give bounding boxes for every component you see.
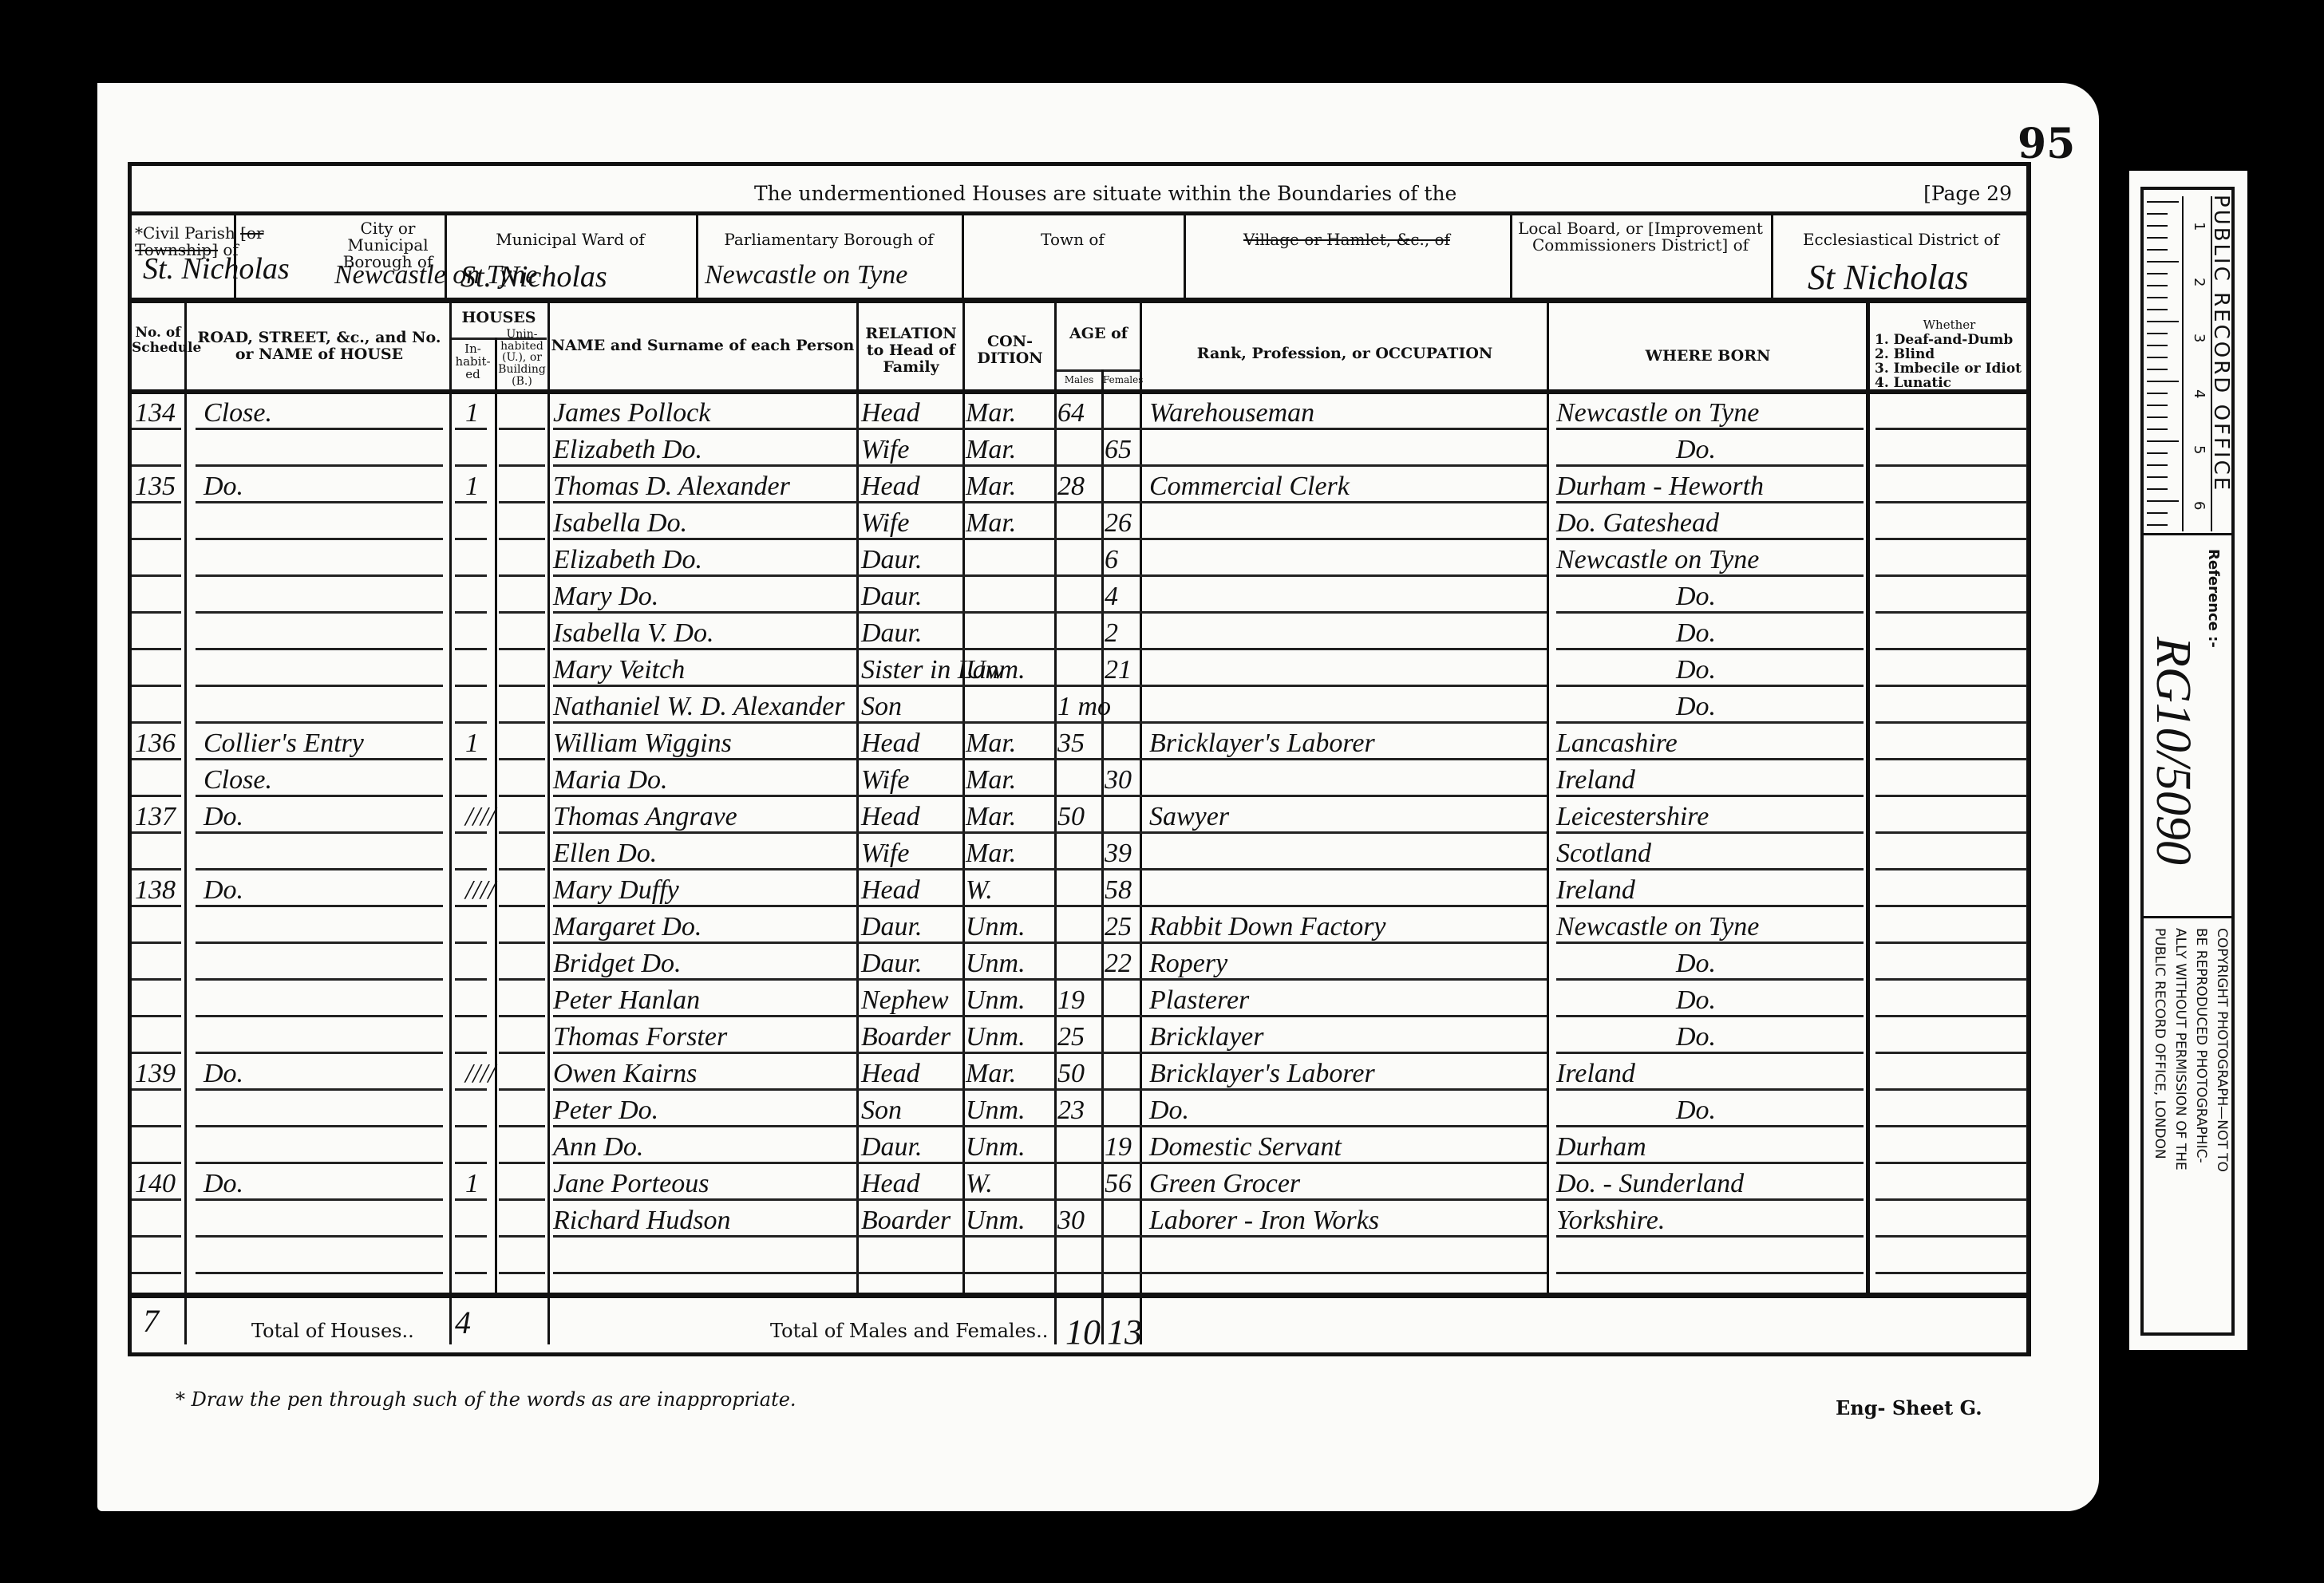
road-name — [204, 503, 443, 540]
condition — [966, 540, 1053, 577]
relation: Son — [861, 1091, 962, 1127]
female-age: 4 — [1105, 577, 1140, 614]
female-age: 25 — [1105, 907, 1140, 944]
reference-value: RG10/5090 — [2144, 637, 2201, 865]
male-age — [1057, 907, 1101, 944]
female-age — [1105, 1201, 1140, 1238]
condition: Mar. — [966, 760, 1053, 797]
person-name: Ann Do. — [553, 1127, 856, 1164]
occupation: Domestic Servant — [1149, 1127, 1547, 1164]
person-name: Mary Do. — [553, 577, 856, 614]
male-age — [1057, 1164, 1101, 1201]
whether-item: 2. Blind — [1875, 348, 2034, 362]
col-header-birthplace: WHERE BORN — [1548, 348, 1868, 365]
schedule-number: 135 — [135, 467, 183, 503]
relation: Head — [861, 393, 962, 430]
female-age — [1105, 981, 1140, 1017]
birthplace: Do. — [1556, 1017, 1866, 1054]
form-title: The undermentioned Houses are situate wi… — [754, 182, 1456, 205]
copyright-line: ALLY WITHOUT PERMISSION OF THE — [2172, 928, 2188, 1170]
condition: Unm. — [966, 981, 1053, 1017]
birthplace: Durham - Heworth — [1556, 467, 1866, 503]
census-form: The undermentioned Houses are situate wi… — [128, 162, 2031, 1356]
condition: Mar. — [966, 1054, 1053, 1091]
inhabited-mark: 1 — [465, 1164, 489, 1201]
occupation: Ropery — [1149, 944, 1547, 981]
location-label-parliamentary: Parliamentary Borough of — [696, 231, 962, 248]
occupation: Bricklayer — [1149, 1017, 1547, 1054]
person-name: Thomas Forster — [553, 1017, 856, 1054]
road-name: Do. — [204, 1164, 443, 1201]
birthplace: Do. — [1556, 614, 1866, 650]
road-name — [204, 944, 443, 981]
road-name — [204, 650, 443, 687]
condition — [966, 687, 1053, 724]
condition — [966, 577, 1053, 614]
occupation: Do. — [1149, 1091, 1547, 1127]
occupation: Warehouseman — [1149, 393, 1547, 430]
location-label-town: Town of — [962, 231, 1184, 248]
reference-label: Reference :- — [2205, 549, 2222, 648]
condition: Unm. — [966, 1201, 1053, 1238]
copyright-line: PUBLIC RECORD OFFICE, LONDON — [2152, 928, 2168, 1159]
col-header-whether: Whether — [1868, 319, 2031, 332]
birthplace: Scotland — [1556, 834, 1866, 870]
male-age — [1057, 650, 1101, 687]
person-name: Thomas Angrave — [553, 797, 856, 834]
birthplace: Do. — [1556, 1091, 1866, 1127]
schedule-number — [135, 760, 183, 797]
male-age — [1057, 834, 1101, 870]
person-name: Richard Hudson — [553, 1201, 856, 1238]
relation: Boarder — [861, 1017, 962, 1054]
schedule-number — [135, 834, 183, 870]
condition — [966, 614, 1053, 650]
road-name: Collier's Entry — [204, 724, 443, 760]
occupation — [1149, 430, 1547, 467]
occupation: Laborer - Iron Works — [1149, 1201, 1547, 1238]
inhabited-mark — [465, 1091, 489, 1127]
location-label-ward: Municipal Ward of — [445, 231, 696, 248]
female-age: 6 — [1105, 540, 1140, 577]
person-name: Elizabeth Do. — [553, 540, 856, 577]
condition: Mar. — [966, 797, 1053, 834]
male-age: 28 — [1057, 467, 1101, 503]
relation: Daur. — [861, 1127, 962, 1164]
female-age — [1105, 724, 1140, 760]
condition: Unm. — [966, 1017, 1053, 1054]
scale-ruler — [2182, 196, 2212, 531]
male-age: 23 — [1057, 1091, 1101, 1127]
col-header-condition: CON-DITION — [964, 334, 1056, 367]
birthplace: Yorkshire. — [1556, 1201, 1866, 1238]
condition: Mar. — [966, 393, 1053, 430]
birthplace: Do. — [1556, 687, 1866, 724]
relation: Wife — [861, 430, 962, 467]
road-name: Do. — [204, 1054, 443, 1091]
condition: Unm. — [966, 650, 1053, 687]
divider — [132, 211, 2026, 215]
schedule-number — [135, 430, 183, 467]
inhabited-mark: 1 — [465, 467, 489, 503]
scale-number: 3 — [2191, 334, 2207, 342]
total-females: 13 — [1107, 1315, 1142, 1350]
occupation — [1149, 760, 1547, 797]
condition: Unm. — [966, 1091, 1053, 1127]
male-age — [1057, 760, 1101, 797]
female-age: 21 — [1105, 650, 1140, 687]
female-age — [1105, 1238, 1140, 1274]
page-label: [Page 29 — [1923, 182, 2012, 205]
total-houses-value: 4 — [455, 1307, 471, 1339]
birthplace: Do. - Sunderland — [1556, 1164, 1866, 1201]
inhabited-mark: 1 — [465, 393, 489, 430]
road-name: Do. — [204, 467, 443, 503]
condition: W. — [966, 870, 1053, 907]
inhabited-mark — [465, 687, 489, 724]
schedule-number: 140 — [135, 1164, 183, 1201]
female-age — [1105, 1017, 1140, 1054]
person-name: Maria Do. — [553, 760, 856, 797]
scale-number: 5 — [2191, 445, 2207, 454]
occupation — [1149, 870, 1547, 907]
inhabited-mark — [465, 430, 489, 467]
road-name — [204, 540, 443, 577]
male-age: 35 — [1057, 724, 1101, 760]
schedule-number — [135, 944, 183, 981]
male-age — [1057, 503, 1101, 540]
occupation: Rabbit Down Factory — [1149, 907, 1547, 944]
copyright-line: COPYRIGHT PHOTOGRAPH—NOT TO — [2214, 928, 2230, 1172]
inhabited-mark — [465, 944, 489, 981]
person-name: James Pollock — [553, 393, 856, 430]
birthplace: Ireland — [1556, 760, 1866, 797]
male-age: 64 — [1057, 393, 1101, 430]
relation: Daur. — [861, 907, 962, 944]
public-record-office-slip: PUBLIC RECORD OFFICE 1 2 3 4 5 6 Referen… — [2129, 171, 2247, 1350]
person-name: Peter Hanlan — [553, 981, 856, 1017]
female-age — [1105, 687, 1140, 724]
female-age — [1105, 393, 1140, 430]
schedule-number — [135, 540, 183, 577]
road-name: Close. — [204, 393, 443, 430]
relation: Head — [861, 870, 962, 907]
location-value-civil-parish: St. Nicholas — [143, 254, 290, 284]
location-value-parliamentary: Newcastle on Tyne — [705, 262, 907, 289]
male-age — [1057, 614, 1101, 650]
inhabited-mark — [465, 981, 489, 1017]
col-header-road: ROAD, STREET, &c., and No. or NAME of HO… — [188, 330, 451, 363]
occupation: Sawyer — [1149, 797, 1547, 834]
female-age: 19 — [1105, 1127, 1140, 1164]
inhabited-mark — [465, 540, 489, 577]
person-name: Jane Porteous — [553, 1164, 856, 1201]
occupation: Bricklayer's Laborer — [1149, 724, 1547, 760]
male-age: 19 — [1057, 981, 1101, 1017]
schedule-number — [135, 981, 183, 1017]
relation — [861, 1238, 962, 1274]
occupation — [1149, 577, 1547, 614]
relation: Wife — [861, 760, 962, 797]
location-value-ward: St. Nicholas — [460, 262, 607, 292]
folio-number: 95 — [2018, 120, 2075, 168]
schedule-number: 139 — [135, 1054, 183, 1091]
condition — [966, 1238, 1053, 1274]
footnote: * Draw the pen through such of the words… — [176, 1388, 796, 1411]
female-age: 56 — [1105, 1164, 1140, 1201]
col-header-name: NAME and Surname of each Person — [549, 338, 856, 354]
road-name — [204, 981, 443, 1017]
relation: Head — [861, 724, 962, 760]
schedule-number — [135, 1201, 183, 1238]
schedule-number — [135, 1017, 183, 1054]
person-name: Peter Do. — [553, 1091, 856, 1127]
person-name: Bridget Do. — [553, 944, 856, 981]
road-name — [204, 687, 443, 724]
female-age: 65 — [1105, 430, 1140, 467]
birthplace: Ireland — [1556, 870, 1866, 907]
scale-number: 4 — [2191, 389, 2207, 398]
male-age — [1057, 540, 1101, 577]
relation: Head — [861, 1054, 962, 1091]
occupation: Bricklayer's Laborer — [1149, 1054, 1547, 1091]
whether-item: 3. Imbecile or Idiot — [1875, 362, 2034, 377]
female-age — [1105, 1054, 1140, 1091]
occupation: Plasterer — [1149, 981, 1547, 1017]
birthplace: Lancashire — [1556, 724, 1866, 760]
col-header-relation: RELATION to Head of Family — [858, 326, 964, 376]
condition: Mar. — [966, 467, 1053, 503]
inhabited-mark: 1 — [465, 724, 489, 760]
birthplace: Do. — [1556, 944, 1866, 981]
road-name — [204, 1091, 443, 1127]
female-age: 39 — [1105, 834, 1140, 870]
person-name: Mary Veitch — [553, 650, 856, 687]
occupation: Green Grocer — [1149, 1164, 1547, 1201]
inhabited-mark: //// — [465, 870, 489, 907]
inhabited-mark — [465, 650, 489, 687]
condition: Mar. — [966, 834, 1053, 870]
location-value-ecclesiastical: St Nicholas — [1808, 260, 1969, 295]
col-header-occupation: Rank, Profession, or OCCUPATION — [1141, 345, 1548, 362]
inhabited-mark — [465, 577, 489, 614]
occupation — [1149, 540, 1547, 577]
schedule-number — [135, 907, 183, 944]
birthplace: Do. — [1556, 577, 1866, 614]
total-houses-label: Total of Houses.. — [251, 1321, 414, 1341]
slip-office-title: PUBLIC RECORD OFFICE — [2209, 195, 2233, 492]
person-name: Thomas D. Alexander — [553, 467, 856, 503]
male-age — [1057, 870, 1101, 907]
female-age: 26 — [1105, 503, 1140, 540]
relation: Head — [861, 1164, 962, 1201]
condition: Mar. — [966, 430, 1053, 467]
inhabited-mark — [465, 907, 489, 944]
person-name: Ellen Do. — [553, 834, 856, 870]
condition: Mar. — [966, 503, 1053, 540]
road-name — [204, 1238, 443, 1274]
inhabited-mark: //// — [465, 797, 489, 834]
inhabited-mark — [465, 1127, 489, 1164]
birthplace: Newcastle on Tyne — [1556, 540, 1866, 577]
female-age: 30 — [1105, 760, 1140, 797]
total-males: 10 — [1065, 1315, 1101, 1350]
person-name: Nathaniel W. D. Alexander — [553, 687, 856, 724]
inhabited-mark — [465, 1201, 489, 1238]
road-name — [204, 907, 443, 944]
condition: Mar. — [966, 724, 1053, 760]
relation: Sister in Law — [861, 650, 962, 687]
occupation: Commercial Clerk — [1149, 467, 1547, 503]
col-header-houses: HOUSES — [451, 310, 547, 326]
relation: Nephew — [861, 981, 962, 1017]
road-name: Do. — [204, 870, 443, 907]
person-name: Isabella V. Do. — [553, 614, 856, 650]
location-label-village: Village or Hamlet, &c., of — [1184, 231, 1510, 248]
female-age: 2 — [1105, 614, 1140, 650]
birthplace: Do. — [1556, 430, 1866, 467]
condition: Unm. — [966, 944, 1053, 981]
relation: Wife — [861, 834, 962, 870]
road-name — [204, 430, 443, 467]
occupation — [1149, 503, 1547, 540]
birthplace: Newcastle on Tyne — [1556, 393, 1866, 430]
schedule-number — [135, 1091, 183, 1127]
female-age: 58 — [1105, 870, 1140, 907]
birthplace: Leicestershire — [1556, 797, 1866, 834]
relation: Daur. — [861, 577, 962, 614]
person-name — [553, 1238, 856, 1274]
male-age: 50 — [1057, 797, 1101, 834]
female-age — [1105, 1091, 1140, 1127]
inhabited-mark: //// — [465, 1054, 489, 1091]
birthplace: Do. Gateshead — [1556, 503, 1866, 540]
sheet-label: Eng- Sheet G. — [1836, 1396, 1982, 1419]
schedule-number: 136 — [135, 724, 183, 760]
male-age: 25 — [1057, 1017, 1101, 1054]
female-age — [1105, 797, 1140, 834]
person-name: William Wiggins — [553, 724, 856, 760]
female-age: 22 — [1105, 944, 1140, 981]
inhabited-mark — [465, 614, 489, 650]
relation: Son — [861, 687, 962, 724]
col-header-age: AGE of — [1056, 326, 1141, 342]
relation: Head — [861, 797, 962, 834]
inhabited-mark — [465, 760, 489, 797]
male-age — [1057, 1238, 1101, 1274]
road-name — [204, 834, 443, 870]
male-age — [1057, 1127, 1101, 1164]
male-age — [1057, 577, 1101, 614]
occupation — [1149, 687, 1547, 724]
male-age: 50 — [1057, 1054, 1101, 1091]
schedule-number — [135, 503, 183, 540]
schedule-number — [135, 577, 183, 614]
total-schedules: 7 — [143, 1305, 159, 1337]
road-name: Do. — [204, 797, 443, 834]
road-name — [204, 577, 443, 614]
road-name — [204, 1127, 443, 1164]
inhabited-mark — [465, 1238, 489, 1274]
birthplace: Durham — [1556, 1127, 1866, 1164]
road-name — [204, 1017, 443, 1054]
schedule-number — [135, 1238, 183, 1274]
schedule-number: 138 — [135, 870, 183, 907]
relation: Daur. — [861, 614, 962, 650]
male-age: 30 — [1057, 1201, 1101, 1238]
location-label-local-board: Local Board, or [Improvement Commissione… — [1510, 220, 1771, 254]
person-name: Isabella Do. — [553, 503, 856, 540]
relation: Daur. — [861, 540, 962, 577]
col-header-males: Males — [1056, 375, 1102, 385]
schedule-number — [135, 1127, 183, 1164]
male-age — [1057, 430, 1101, 467]
scale-number: 2 — [2191, 278, 2207, 286]
occupation — [1149, 650, 1547, 687]
birthplace: Newcastle on Tyne — [1556, 907, 1866, 944]
scale-number: 6 — [2191, 501, 2207, 510]
relation: Boarder — [861, 1201, 962, 1238]
whether-item: 4. Lunatic — [1875, 377, 2034, 391]
inhabited-mark — [465, 834, 489, 870]
person-name: Elizabeth Do. — [553, 430, 856, 467]
schedule-number: 137 — [135, 797, 183, 834]
schedule-number — [135, 614, 183, 650]
relation: Head — [861, 467, 962, 503]
col-header-schedule: No. of Schedule — [132, 326, 184, 355]
birthplace: Do. — [1556, 650, 1866, 687]
col-header-females: Females — [1103, 375, 1141, 385]
birthplace: Do. — [1556, 981, 1866, 1017]
occupation — [1149, 614, 1547, 650]
road-name — [204, 614, 443, 650]
occupation — [1149, 1238, 1547, 1274]
condition: W. — [966, 1164, 1053, 1201]
inhabited-mark — [465, 1017, 489, 1054]
road-name — [204, 1201, 443, 1238]
schedule-number — [135, 687, 183, 724]
birthplace — [1556, 1238, 1866, 1274]
birthplace: Ireland — [1556, 1054, 1866, 1091]
male-age — [1057, 944, 1101, 981]
person-name: Margaret Do. — [553, 907, 856, 944]
person-name: Mary Duffy — [553, 870, 856, 907]
schedule-number: 134 — [135, 393, 183, 430]
female-age — [1105, 467, 1140, 503]
inhabited-mark — [465, 503, 489, 540]
condition: Unm. — [966, 1127, 1053, 1164]
road-name: Close. — [204, 760, 443, 797]
scale-number: 1 — [2191, 222, 2207, 231]
person-name: Owen Kairns — [553, 1054, 856, 1091]
occupation — [1149, 834, 1547, 870]
schedule-number — [135, 650, 183, 687]
col-header-inhabited: In-habit-ed — [451, 343, 495, 381]
relation: Wife — [861, 503, 962, 540]
col-header-whether-list: 1. Deaf-and-Dumb 2. Blind 3. Imbecile or… — [1875, 334, 2034, 390]
male-age: 1 mo — [1057, 687, 1101, 724]
condition: Unm. — [966, 907, 1053, 944]
relation: Daur. — [861, 944, 962, 981]
total-persons-label: Total of Males and Females.. — [770, 1321, 1048, 1341]
location-label-ecclesiastical: Ecclesiastical District of — [1771, 231, 2031, 248]
copyright-line: BE REPRODUCED PHOTOGRAPHIC- — [2193, 928, 2209, 1163]
